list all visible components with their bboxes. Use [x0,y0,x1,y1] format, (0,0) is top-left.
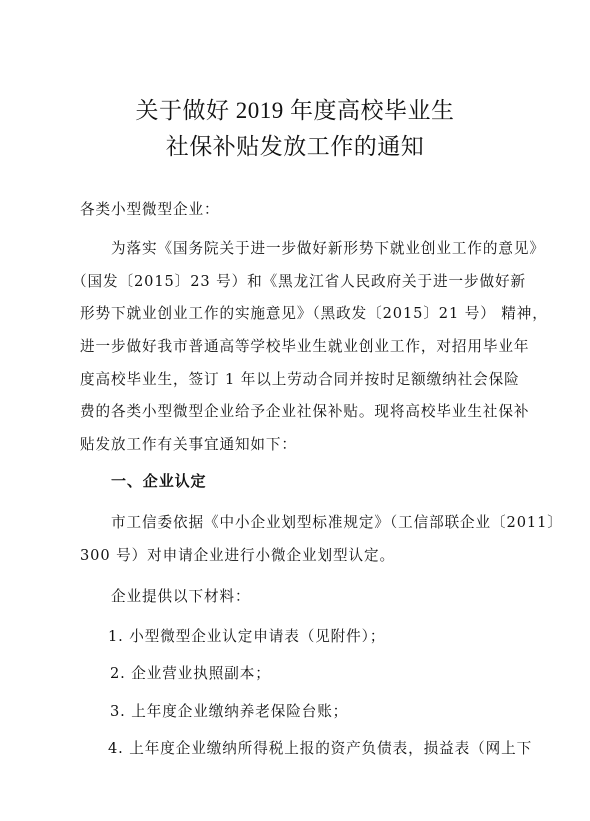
intro-line: 形势下就业创业工作的实施意见》（黑政发〔2015〕21 号） 精神， [80,302,520,323]
materials-item: 3. 上年度企业缴纳养老保险台账； [110,700,550,721]
intro-line: 贴发放工作有关事宜通知如下： [80,433,520,454]
section-paragraph-line: 市工信委依据《中小企业划型标准规定》（工信部联企业〔2011〕 [111,511,551,532]
materials-item: 2. 企业营业执照副本； [110,662,550,683]
intro-line: 度高校毕业生，签订 1 年以上劳动合同并按时足额缴纳社会保险 [80,368,520,389]
materials-intro: 企业提供以下材料： [111,585,551,606]
materials-item: 1. 小型微型企业认定申请表（见附件）； [108,625,548,646]
salutation: 各类小型微型企业： [80,198,520,219]
section-paragraph-line: 300 号）对申请企业进行小微企业划型认定。 [80,544,520,565]
intro-line: 进一步做好我市普通高等学校毕业生就业创业工作，对招用毕业年 [80,335,520,356]
intro-line: 费的各类小型微型企业给予企业社保补贴。现将高校毕业生社保补 [80,400,520,421]
materials-item: 4. 上年度企业缴纳所得税上报的资产负债表，损益表（网上下 [108,737,548,758]
document-title-line-2: 社保补贴发放工作的通知 [0,128,590,161]
section-heading: 一、企业认定 [111,470,551,491]
intro-line: 为落实《国务院关于进一步做好新形势下就业创业工作的意见》 [111,237,551,258]
intro-line: （国发〔2015〕23 号）和《黑龙江省人民政府关于进一步做好新 [72,270,512,291]
document-title-line-1: 关于做好 2019 年度高校毕业生 [0,92,590,125]
